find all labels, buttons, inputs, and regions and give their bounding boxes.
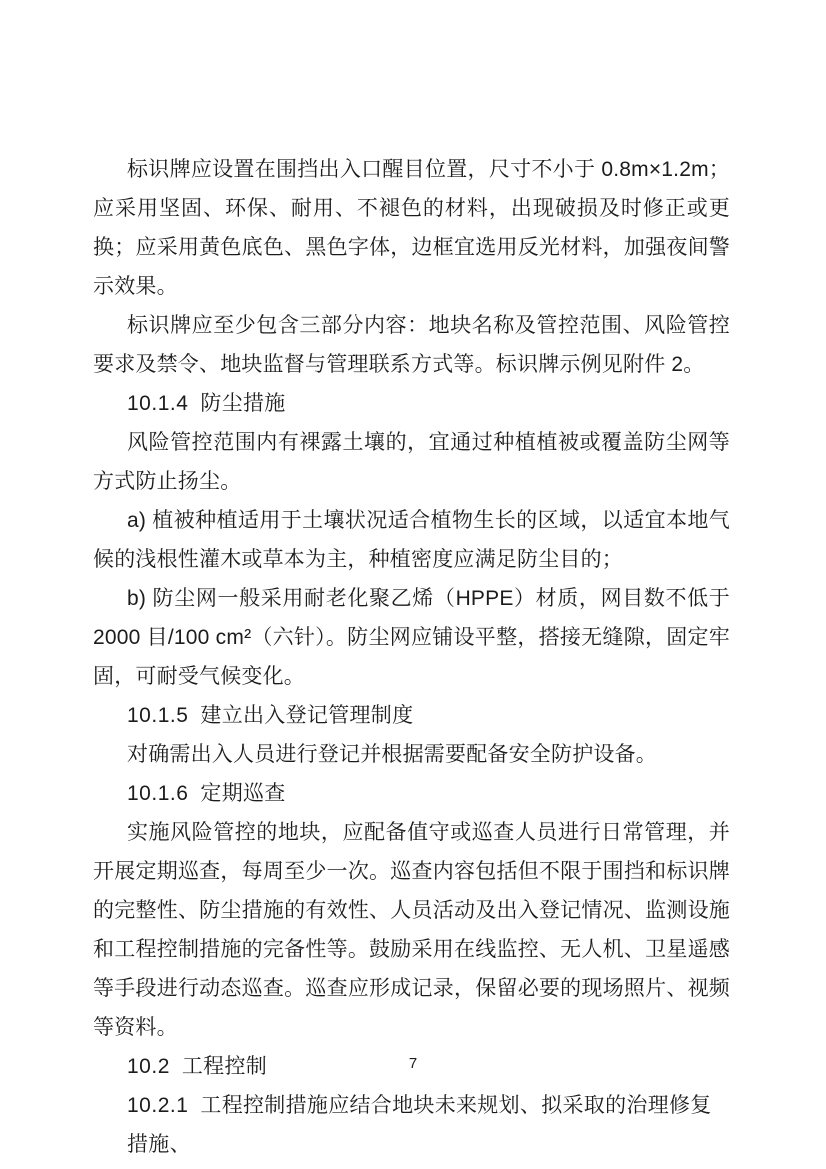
paragraph-item-a-vegetation: a) 植被种植适用于土壤状况适合植物生长的区域，以适宜本地气候的浅根性灌木或草本…: [93, 501, 730, 579]
clause-line-10-2-1: 10.2.1工程控制措施应结合地块未来规划、拟采取的治理修复措施、: [93, 1086, 730, 1164]
paragraph-dust-prevention-intro: 风险管控范围内有裸露土壤的，宜通过种植植被或覆盖防尘网等方式防止扬尘。: [93, 423, 730, 501]
paragraph-patrol-requirements: 实施风险管控的地块，应配备值守或巡查人员进行日常管理，并开展定期巡查，每周至少一…: [93, 813, 730, 1047]
document-content: 标识牌应设置在围挡出入口醒目位置，尺寸不小于 0.8m×1.2m；应采用坚固、环…: [93, 150, 730, 1164]
page-number: 7: [409, 1055, 417, 1072]
section-title: 建立出入登记管理制度: [200, 704, 413, 727]
section-number: 10.1.5: [127, 696, 188, 735]
section-title: 防尘措施: [200, 392, 285, 415]
paragraph-item-b-dust-net: b) 防尘网一般采用耐老化聚乙烯（HPPE）材质，网目数不低于 2000 目/1…: [93, 579, 730, 696]
section-title: 定期巡查: [200, 782, 285, 805]
paragraph-signage-requirements: 标识牌应设置在围挡出入口醒目位置，尺寸不小于 0.8m×1.2m；应采用坚固、环…: [93, 150, 730, 306]
paragraph-entry-registration: 对确需出入人员进行登记并根据需要配备安全防护设备。: [93, 735, 730, 774]
paragraph-signage-content: 标识牌应至少包含三部分内容：地块名称及管控范围、风险管控要求及禁令、地块监督与管…: [93, 306, 730, 384]
page-footer: 7: [0, 1053, 826, 1075]
section-heading-10-1-4: 10.1.4防尘措施: [93, 384, 730, 423]
section-number: 10.2.1: [127, 1086, 188, 1125]
section-heading-10-1-5: 10.1.5建立出入登记管理制度: [93, 696, 730, 735]
section-number: 10.1.6: [127, 774, 188, 813]
clause-text: 工程控制措施应结合地块未来规划、拟采取的治理修复措施、: [127, 1094, 712, 1156]
section-heading-10-1-6: 10.1.6定期巡查: [93, 774, 730, 813]
section-number: 10.1.4: [127, 384, 188, 423]
